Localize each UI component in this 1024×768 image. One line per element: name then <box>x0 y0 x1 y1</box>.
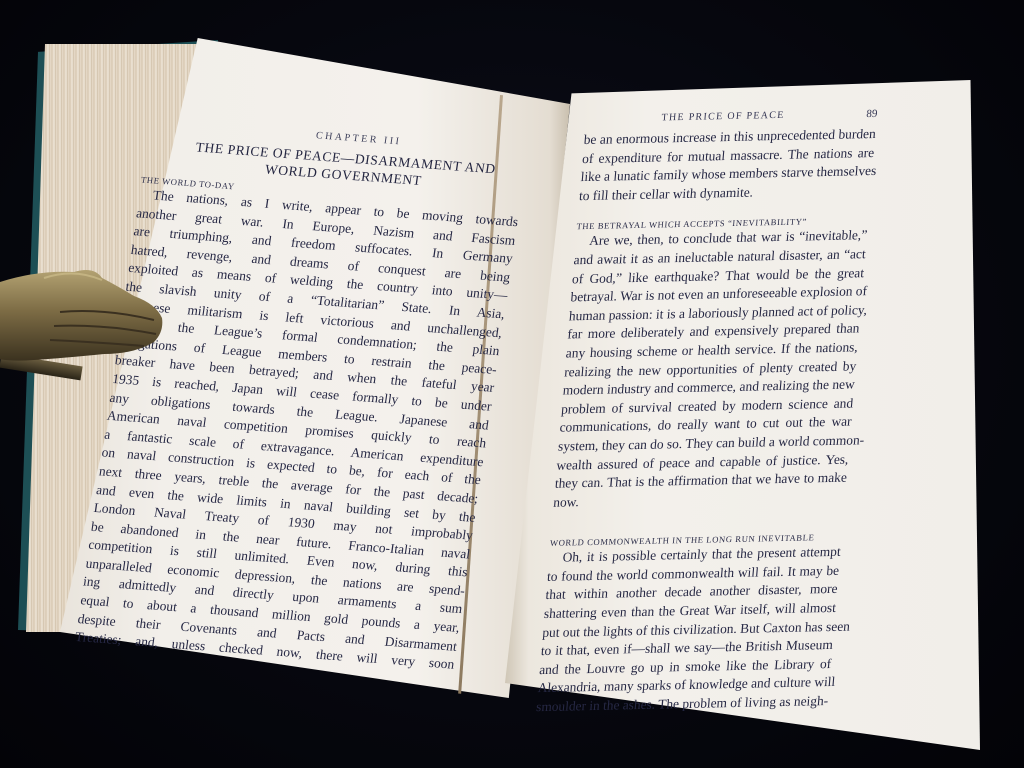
body-paragraph: Are we, then, to conclude that war is “i… <box>553 226 868 512</box>
right-page-text: THE PRICE OF PEACE 89 be an enormous inc… <box>535 108 878 717</box>
body-paragraph: The nations, as I write, appear to be mo… <box>74 185 519 674</box>
photo-scene: CHAPTER III THE PRICE OF PEACE—DISARMAME… <box>0 0 1024 768</box>
body-paragraph: be an enormous increase in this unpreced… <box>578 125 876 206</box>
running-head-title: THE PRICE OF PEACE <box>661 110 785 125</box>
body-paragraph: Oh, it is possible certainly that the pr… <box>535 543 841 717</box>
brass-hand-icon <box>0 262 170 380</box>
page-number: 89 <box>866 108 878 120</box>
left-page-text: CHAPTER III THE PRICE OF PEACE—DISARMAME… <box>74 118 529 675</box>
